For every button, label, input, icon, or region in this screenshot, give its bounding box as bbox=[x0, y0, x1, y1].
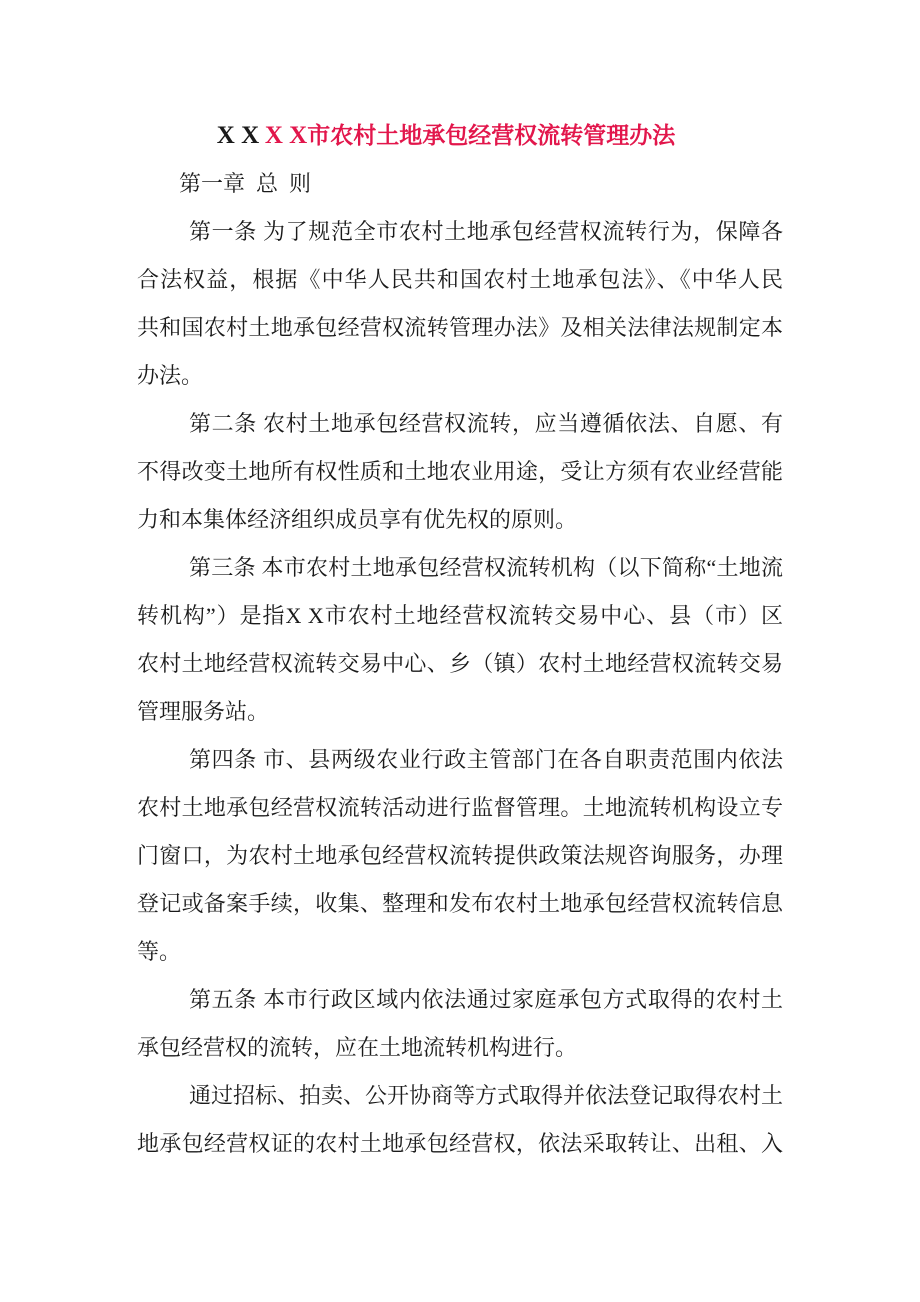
paragraph-line: 承包经营权的流转，应在土地流转机构进行。 bbox=[137, 1024, 783, 1072]
paragraph-line: 第一条 为了规范全市农村土地承包经营权流转行为，保障各方 bbox=[137, 208, 783, 256]
paragraph-line: 农村土地承包经营权流转活动进行监督管理。土地流转机构设立专 bbox=[137, 784, 783, 832]
paragraph-line: 地承包经营权证的农村土地承包经营权，依法采取转让、出租、入 bbox=[137, 1120, 783, 1168]
paragraph-line: 第二条 农村土地承包经营权流转，应当遵循依法、自愿、有偿， bbox=[137, 400, 783, 448]
paragraph-article-5: 第五条 本市行政区域内依法通过家庭承包方式取得的农村土地 承包经营权的流转，应在… bbox=[137, 976, 783, 1072]
paragraph-line: 第四条 市、县两级农业行政主管部门在各自职责范围内依法对 bbox=[137, 736, 783, 784]
title-x-prefix-black: X X bbox=[217, 122, 259, 149]
paragraph-line: 管理服务站。 bbox=[137, 688, 783, 736]
document-title: X X X X市农村土地承包经营权流转管理办法 bbox=[123, 112, 769, 160]
paragraph-line: 等。 bbox=[137, 928, 783, 976]
paragraph-line: 办法。 bbox=[137, 352, 783, 400]
paragraph-article-3: 第三条 本市农村土地承包经营权流转机构（以下简称“土地流 转机构”）是指X X市… bbox=[137, 544, 783, 736]
paragraph-line: 登记或备案手续，收集、整理和发布农村土地承包经营权流转信息 bbox=[137, 880, 783, 928]
paragraph-line: 农村土地经营权流转交易中心、乡（镇）农村土地经营权流转交易 bbox=[137, 640, 783, 688]
paragraph-line: 共和国农村土地承包经营权流转管理办法》及相关法律法规制定本 bbox=[137, 304, 783, 352]
chapter-heading: 第一章 总 则 bbox=[137, 160, 783, 208]
paragraph-article-1: 第一条 为了规范全市农村土地承包经营权流转行为，保障各方 合法权益，根据《中华人… bbox=[137, 208, 783, 400]
paragraph-line: 不得改变土地所有权性质和土地农业用途，受让方须有农业经营能 bbox=[137, 448, 783, 496]
paragraph-line: 第五条 本市行政区域内依法通过家庭承包方式取得的农村土地 bbox=[137, 976, 783, 1024]
paragraph-line: 力和本集体经济组织成员享有优先权的原则。 bbox=[137, 496, 783, 544]
document-page: X X X X市农村土地承包经营权流转管理办法 第一章 总 则 第一条 为了规范… bbox=[0, 0, 920, 1302]
paragraph-line: 通过招标、拍卖、公开协商等方式取得并依法登记取得农村土 bbox=[137, 1072, 783, 1120]
title-x-red: X X bbox=[265, 122, 307, 149]
paragraph-line: 第三条 本市农村土地承包经营权流转机构（以下简称“土地流 bbox=[137, 544, 783, 592]
paragraph-article-4: 第四条 市、县两级农业行政主管部门在各自职责范围内依法对 农村土地承包经营权流转… bbox=[137, 736, 783, 976]
paragraph-line: 合法权益，根据《中华人民共和国农村土地承包法》、《中华人民 bbox=[137, 256, 783, 304]
title-main-text: 市农村土地承包经营权流转管理办法 bbox=[307, 123, 675, 148]
paragraph-continuation: 通过招标、拍卖、公开协商等方式取得并依法登记取得农村土 地承包经营权证的农村土地… bbox=[137, 1072, 783, 1168]
paragraph-line: 转机构”）是指X X市农村土地经营权流转交易中心、县（市）区 bbox=[137, 592, 783, 640]
paragraph-article-2: 第二条 农村土地承包经营权流转，应当遵循依法、自愿、有偿， 不得改变土地所有权性… bbox=[137, 400, 783, 544]
paragraph-line: 门窗口，为农村土地承包经营权流转提供政策法规咨询服务，办理 bbox=[137, 832, 783, 880]
